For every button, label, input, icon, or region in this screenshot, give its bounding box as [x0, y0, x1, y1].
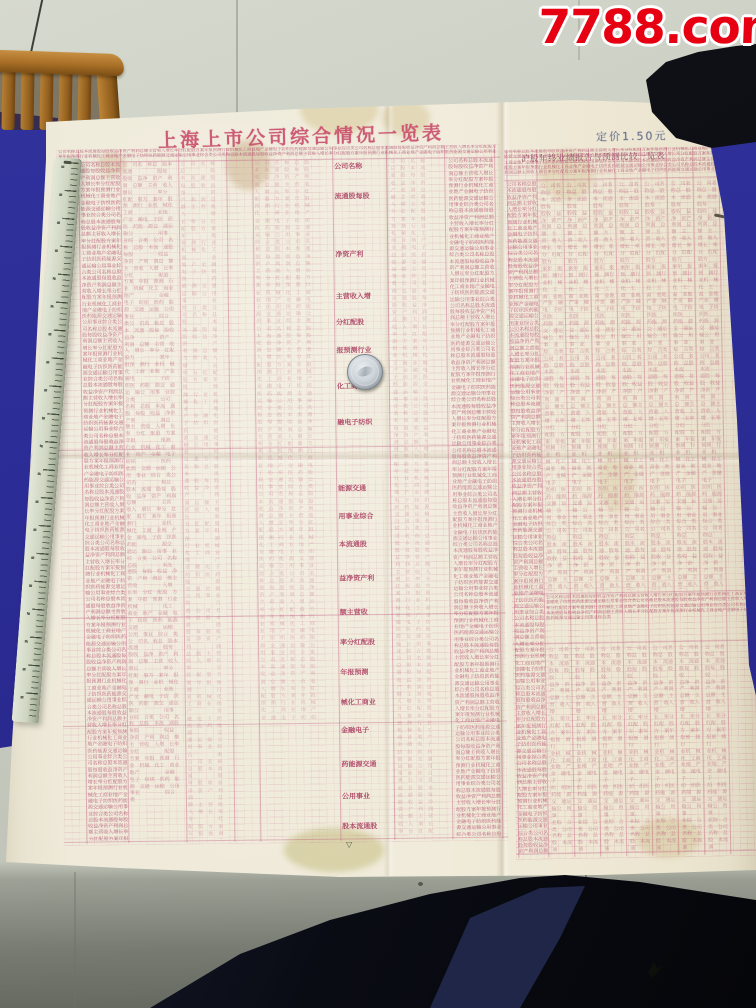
data-column: 公 司名 称总 股本 流通 股每 股收 益净 资产 利 润 总额 主营 收入 增…: [122, 162, 184, 841]
data-column: 公 司名 称总 股本 流通 股每 股收 益净 资产 利润 总额 主营 收入 增 …: [705, 644, 729, 848]
clothing-fold: [420, 878, 590, 1008]
section-label: 主营收入增: [336, 292, 390, 303]
tile-seam: [236, 0, 238, 120]
data-column: 公 司 名 称 总 股 本 流 通 股 每 股 收 益 净 资 产 利 润 总 …: [180, 161, 232, 839]
watermark: 7788.com: [537, 0, 756, 55]
data-column: 公 司名 称总 股本 流通 股每 股收 益净 资产 利润 总额 主营 收入 增 …: [601, 646, 625, 850]
data-column: 公 司名 称总 股本 流通 股每 股收 益净 资产 利润 总额 主营 收入 增 …: [653, 645, 677, 849]
data-column: 公 司名 称总 股本 流通 股每 股收 益净 资产 利润 总额 主营 收入 增 …: [575, 646, 599, 850]
section-label: 金融电子: [341, 726, 395, 737]
section-label: 药能源交通: [341, 760, 395, 771]
floor-speck: [418, 882, 423, 886]
tile-seam: [74, 872, 76, 1008]
section-label: 公用事业: [342, 792, 396, 803]
document-sheet: 上海上市公司综合情况一览表 定价1.50元 沪股年终业绩报告与预测比较一览表 公…: [0, 0, 756, 1008]
data-column: 公 司名 称总 股本 流通 股每 股收 益净 资产 利润 总额 主营 收入 增 …: [627, 646, 651, 850]
section-label: 械化工商业: [341, 698, 395, 709]
data-column: 公 司名 称总 股本 流通 股每 股收 益净 资产 利润 总额 主营 收入 增 …: [679, 645, 703, 849]
stool-slat: [39, 70, 53, 130]
photo-scene: 上海上市公司综合情况一览表 定价1.50元 沪股年终业绩报告与预测比较一览表 公…: [0, 0, 756, 1008]
section-label: 用事业综合: [338, 512, 392, 523]
right-table: 公司名称总股本流通股每股收益净资产利润总额主营收入增长率分红配股方案年报预测行业…: [504, 146, 756, 860]
data-column: 公 司 名 称 总 股 本 流 通 股 每 股 收 益 净 资 产 利 润 总 …: [254, 160, 337, 721]
section-label: 额主营收: [340, 608, 394, 619]
left-table: 公司名称总股本流通股每股收益净资产利润总额主营收入增长率分红配股方案年报预测行业…: [56, 145, 508, 846]
section-label: 益净资产利: [339, 574, 393, 585]
section-label: 分红配股: [336, 318, 390, 329]
section-label: 公司名称: [334, 162, 388, 173]
stool-rail: [0, 50, 124, 77]
section-label: 融电子纺织: [337, 418, 391, 429]
data-column: 公 司 名 称 总 股 本 流 通 股 每 股 收 益 净 资 产 利 润 总 …: [390, 158, 448, 835]
section-label: 率分红配股: [340, 638, 394, 649]
price-label: 定价1.50元: [596, 127, 668, 144]
section-label: 能源交通: [338, 484, 392, 495]
company-name-column: 公司名称总股本流通股每股收益净资产利润总额主营收入增长率分红配股方案年报预测行业…: [448, 158, 502, 837]
stool-slat: [1, 70, 15, 130]
data-column: 公 司名 称总 股本 流通 股每 股收 益净 资产 利润 总额 主营 收入 增 …: [549, 647, 573, 851]
margin-mark: ▽: [346, 840, 352, 849]
section-label: 股本流通股: [342, 822, 396, 833]
stool-slat: [20, 70, 34, 130]
section-label: 净资产利: [335, 250, 389, 261]
coin: [347, 354, 383, 390]
section-label: 本流通股: [339, 540, 393, 551]
sub-table-header: 公司名称总股本流通股每股收益净资产利润总额主营收入增长率分红配股方案年报预测行业…: [546, 592, 756, 644]
section-label: 流通股每股: [335, 192, 389, 203]
wooden-stool: [0, 50, 122, 130]
ruler-slot: [64, 161, 72, 165]
section-label: 年报预测: [340, 668, 394, 679]
